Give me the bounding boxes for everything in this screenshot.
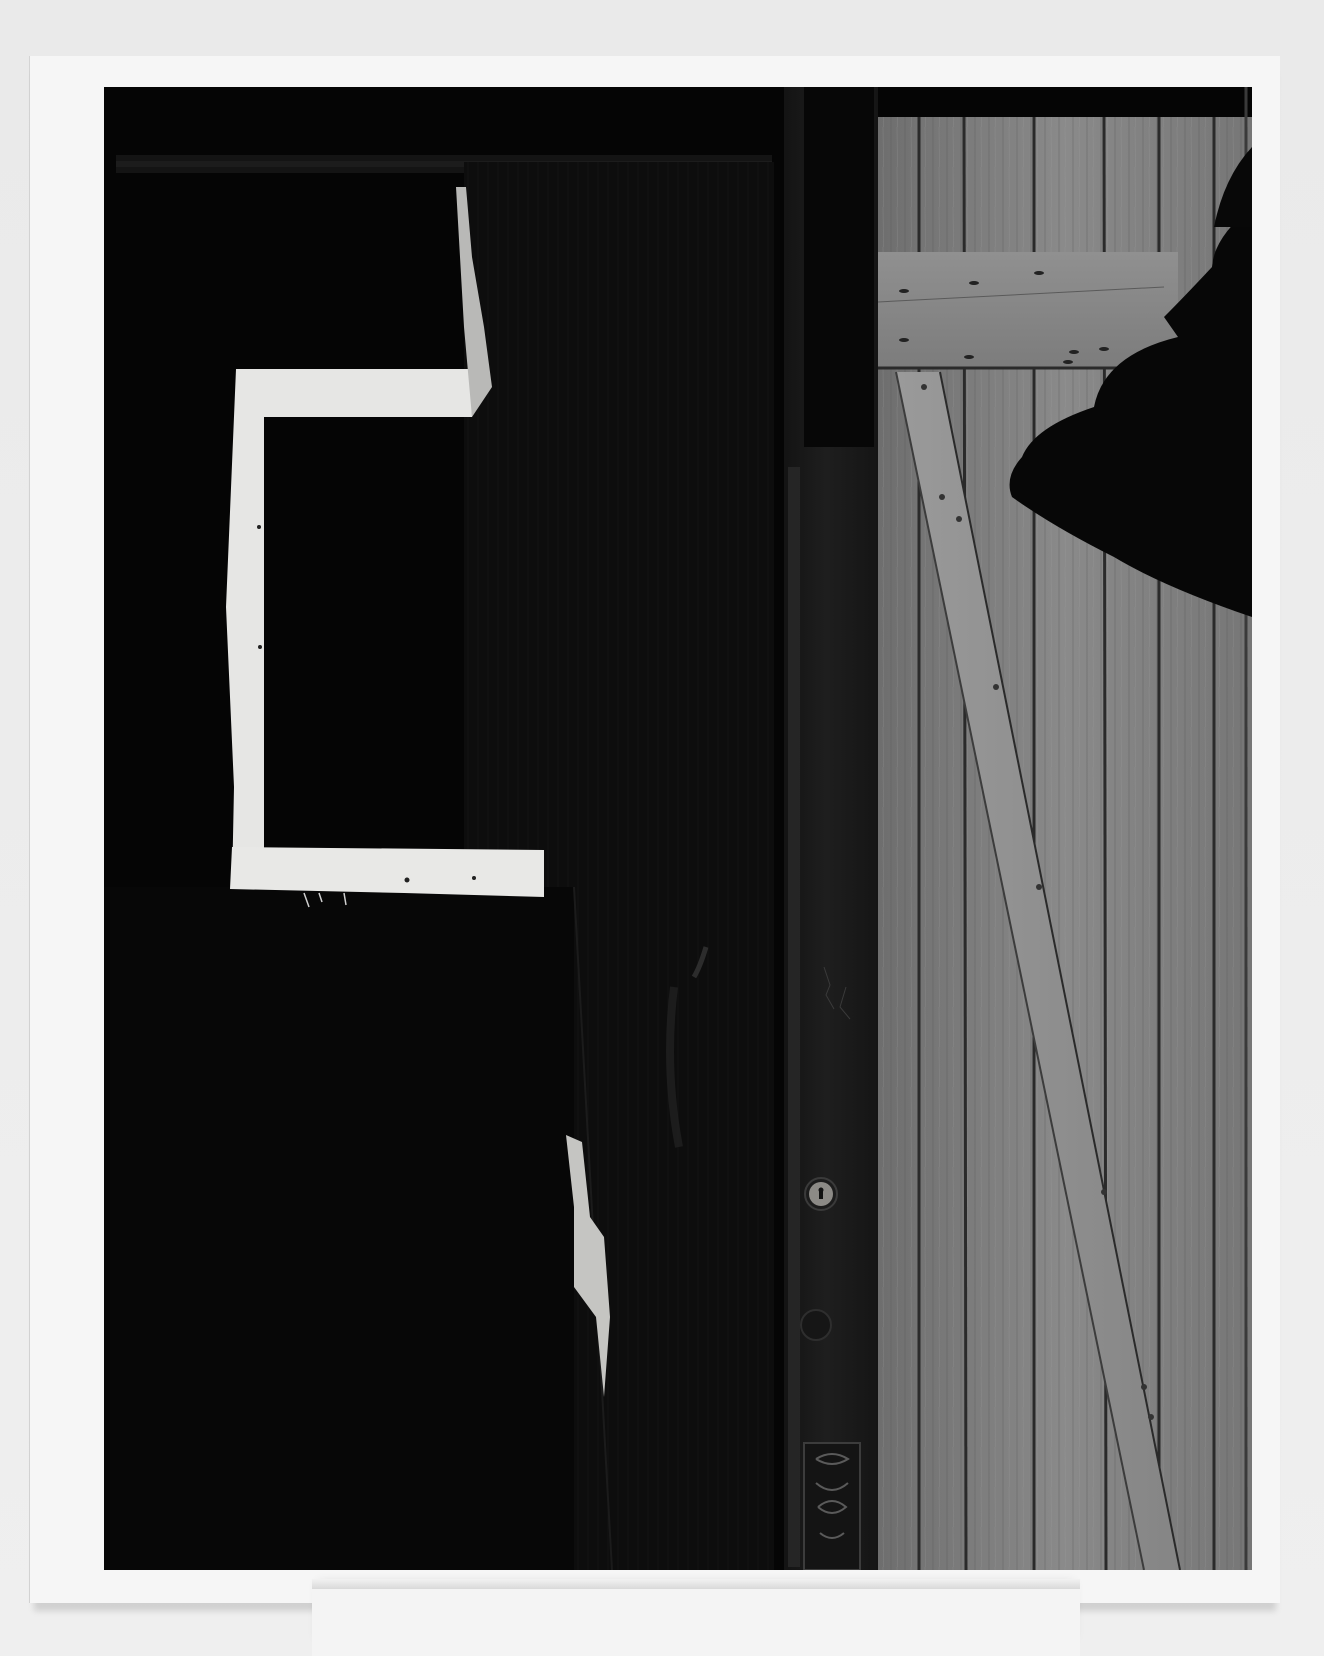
cross-batten [878,252,1178,368]
photograph [104,87,1252,1570]
lock-cylinder [805,1178,837,1210]
escutcheon-plate [804,1443,860,1570]
mount-label-strip [312,1588,1080,1656]
photo-svg [104,87,1252,1570]
lower-plug [801,1310,831,1340]
door-jamb [774,87,878,1570]
